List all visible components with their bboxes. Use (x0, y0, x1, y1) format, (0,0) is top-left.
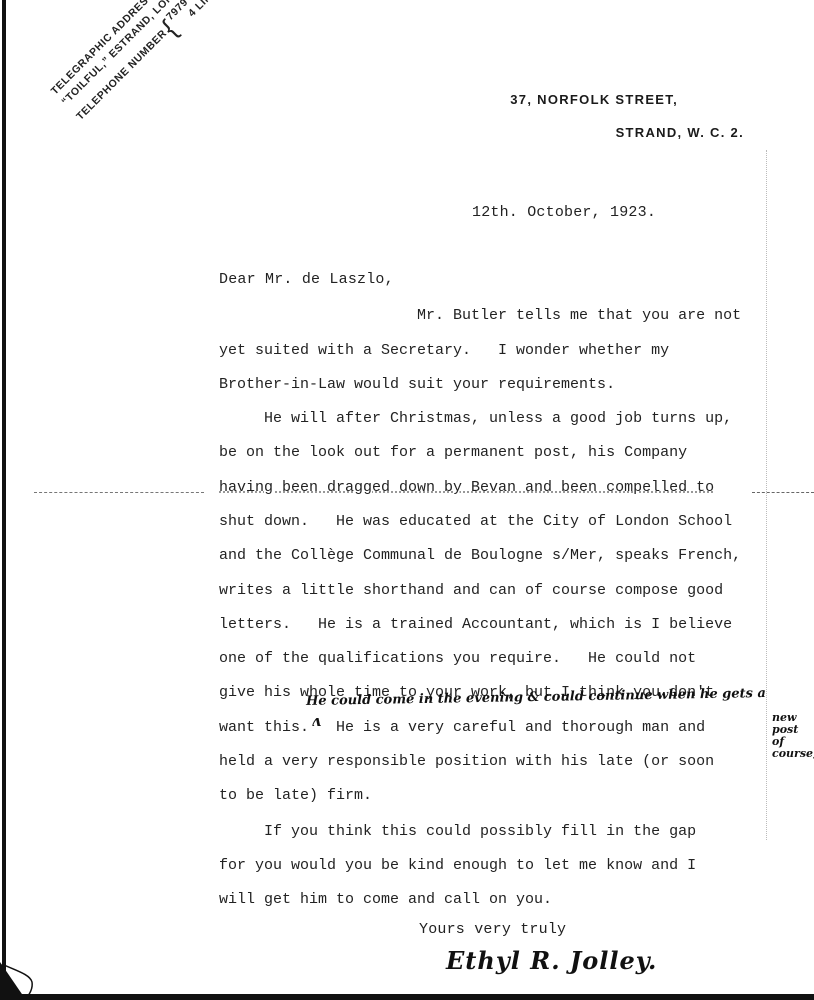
body-line: He will after Christmas, unless a good j… (219, 410, 732, 427)
body-line: held a very responsible position with hi… (219, 753, 714, 770)
body-line: If you think this could possibly fill in… (219, 823, 696, 840)
fold-line (766, 150, 767, 840)
body-line: shut down. He was educated at the City o… (219, 513, 732, 530)
body-line: one of the qualifications you require. H… (219, 650, 696, 667)
dashed-guide-left (34, 492, 204, 493)
insertion-caret-icon: ʌ (312, 712, 321, 730)
letterhead-address: 37, NORFOLK STREET, STRAND, W. C. 2. (510, 92, 674, 140)
handwritten-margin-note: newpostofcourse, (772, 712, 814, 760)
body-line: to be late) firm. (219, 787, 372, 804)
page-bottom-border (0, 994, 814, 1000)
salutation: Dear Mr. de Laszlo, (219, 271, 394, 288)
address-line-2: STRAND, W. C. 2. (510, 125, 744, 140)
body-line: yet suited with a Secretary. I wonder wh… (219, 342, 669, 359)
signature: Ethyl R. Jolley. (446, 946, 657, 975)
body-line: Brother-in-Law would suit your requireme… (219, 376, 615, 393)
body-line: want this. He is a very careful and thor… (219, 719, 705, 736)
body-line: be on the look out for a permanent post,… (219, 444, 687, 461)
page-left-border (2, 0, 6, 1000)
telegraph-block: TELEGRAPHIC ADDRESS. “TOILFUL,” ESTRAND,… (48, 0, 246, 128)
body-line: writes a little shorthand and can of cou… (219, 582, 723, 599)
margin-note-word: course, (772, 748, 814, 760)
letter-page: TELEGRAPHIC ADDRESS. “TOILFUL,” ESTRAND,… (0, 0, 814, 1000)
body-line: letters. He is a trained Accountant, whi… (219, 616, 732, 633)
body-line: Mr. Butler tells me that you are not (219, 307, 741, 324)
address-line-1: 37, NORFOLK STREET, (510, 92, 678, 107)
body-line: will get him to come and call on you. (219, 891, 552, 908)
dashed-guide-right (752, 492, 814, 493)
letter-date: 12th. October, 1923. (472, 204, 656, 221)
folded-corner-icon (0, 962, 34, 1000)
closing: Yours very truly (419, 921, 566, 938)
body-line: for you would you be kind enough to let … (219, 857, 696, 874)
body-line: having been dragged down by Bevan and be… (219, 479, 714, 496)
body-line: and the Collège Communal de Boulogne s/M… (219, 547, 741, 564)
